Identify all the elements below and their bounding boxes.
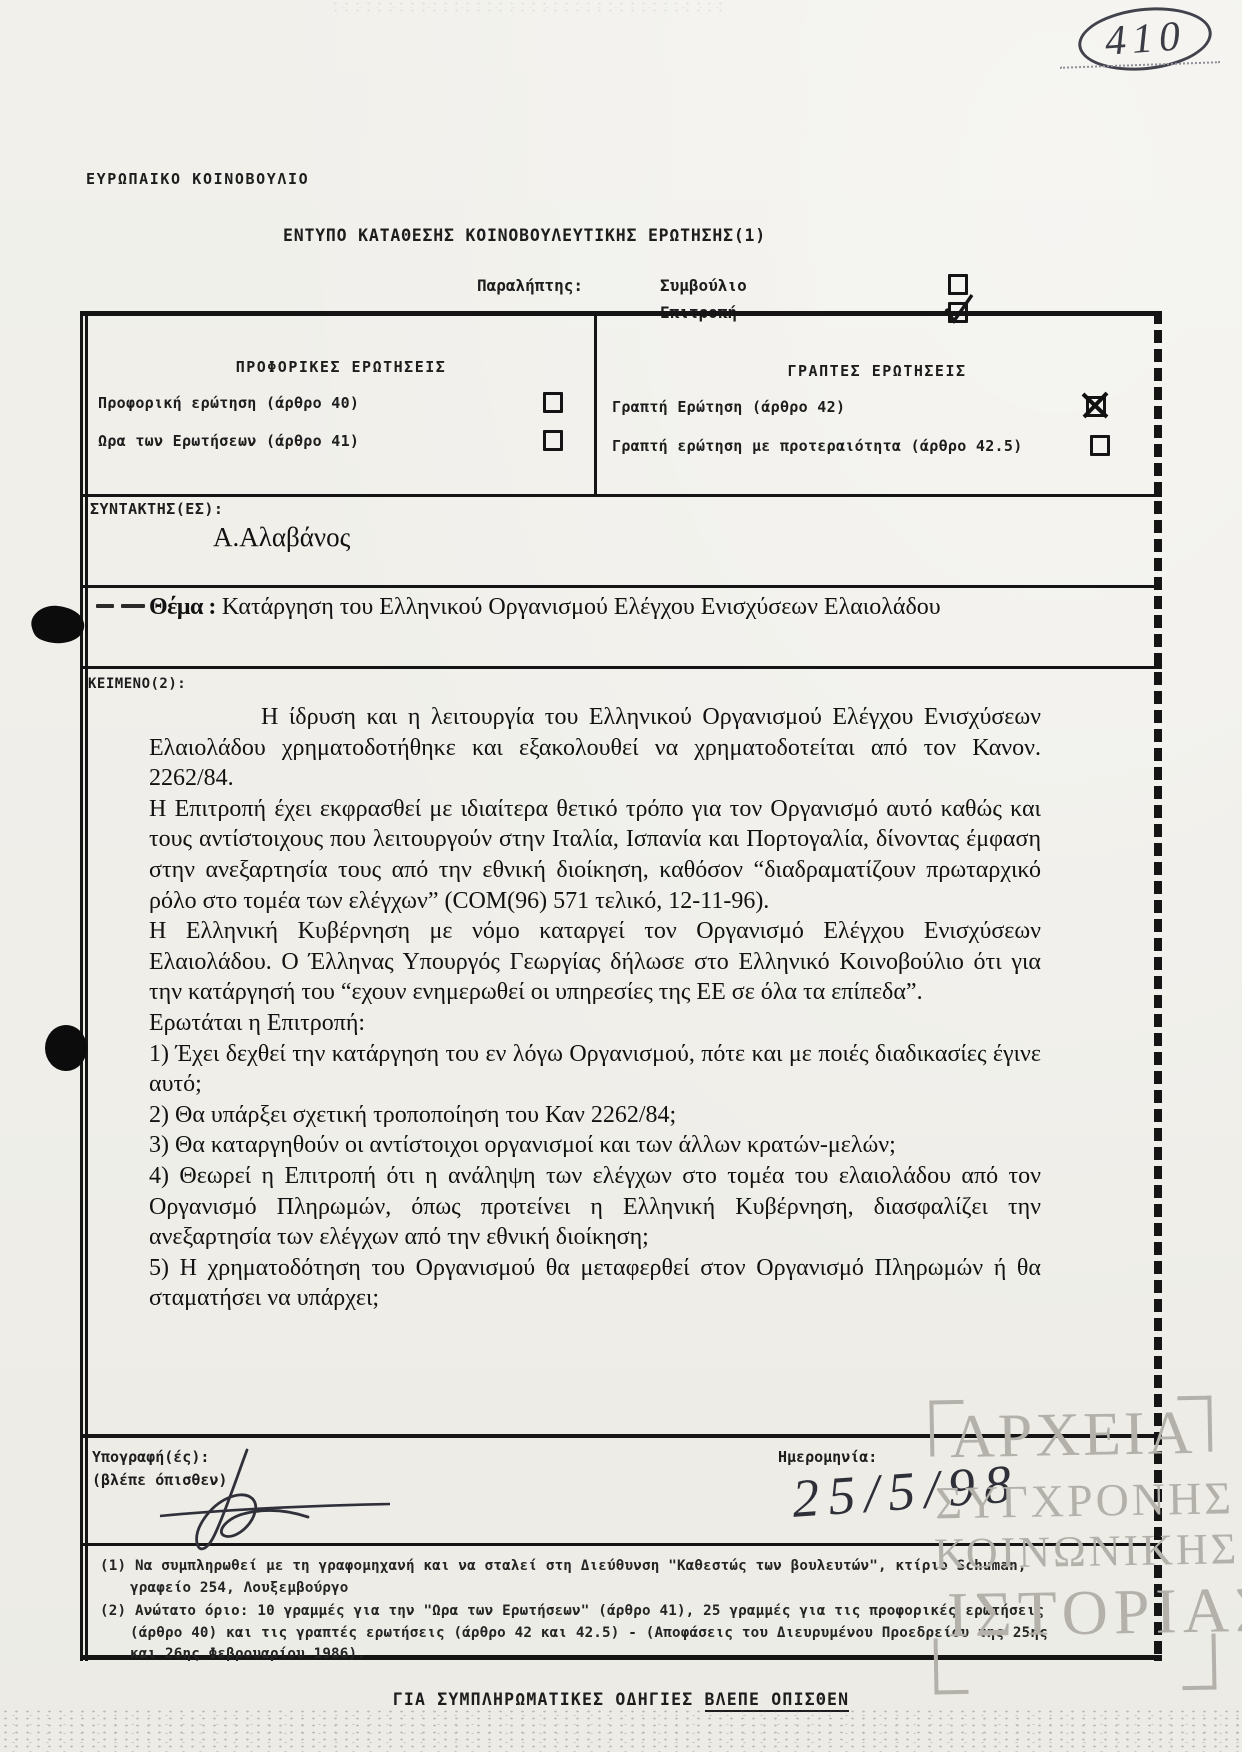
footnote-2: (2) Ανώτατο όριο: 10 γραμμές για την "Ωρ… [100, 1601, 1058, 1666]
subject-text: Κατάργηση του Ελληνικού Οργανισμού Ελέγχ… [222, 594, 941, 620]
scanned-page: 410 ΕΥΡΩΠΑΙΚΟ ΚΟΙΝΟΒΟΥΛΙΟ ΕΝΤΥΠΟ ΚΑΤΑΘΕΣ… [0, 0, 1242, 1752]
question-body: Η ίδρυση και η λειτουργία του Ελληνικού … [149, 702, 1041, 1314]
body-paragraph: Η Επιτροπή έχει εκφρασθεί με ιδιαίτερα θ… [149, 794, 1041, 916]
x-mark-icon [1080, 390, 1110, 420]
signature-handwriting [152, 1444, 422, 1556]
author-label: ΣΥΝΤΑΚΤΗΣ(ΕΣ): [90, 500, 223, 518]
form-title: ΕΝΤΥΠΟ ΚΑΤΑΘΕΣΗΣ ΚΟΙΝΟΒΟΥΛΕΥΤΙΚΗΣ ΕΡΩΤΗΣ… [283, 226, 766, 245]
ink-blob [42, 1022, 90, 1074]
scan-smudge [121, 604, 145, 608]
body-label: ΚΕΙΜΕΝΟ(2): [88, 676, 186, 692]
table-bottom-divider [80, 494, 1162, 497]
oral-questions-header: ΠΡΟΦΟΡΙΚΕΣ ΕΡΩΤΗΣΕΙΣ [88, 358, 594, 376]
stamp-line: ΑΡΧΕΙΑ [949, 1398, 1196, 1473]
org-title: ΕΥΡΩΠΑΙΚΟ ΚΟΙΝΟΒΟΥΛΙΟ [86, 170, 309, 188]
author-name: Α.Αλαβάνος [213, 522, 350, 553]
stamp-bracket [1182, 1634, 1217, 1691]
question-time-row-label: Ωρα των Ερωτήσεων (άρθρο 41) [98, 432, 359, 450]
question-time-checkbox[interactable] [543, 430, 563, 451]
oral-question-row-label: Προφορική ερώτηση (άρθρο 40) [98, 394, 359, 412]
subject-bottom-divider [80, 666, 1162, 669]
check-mark-icon [942, 293, 976, 325]
body-paragraph: 2) Θα υπάρξει σχετική τροποποίηση του Κα… [149, 1100, 1041, 1131]
priority-question-checkbox[interactable] [1090, 435, 1110, 456]
recipient-option-council: Συμβούλιο [660, 276, 747, 295]
body-paragraph: 1) Έχει δεχθεί την κατάργηση του εν λόγω… [149, 1039, 1041, 1100]
council-checkbox[interactable] [948, 274, 968, 295]
stamp-line: ΣΥΓΧΡΟΝΗΣ [935, 1471, 1235, 1529]
stamp-bracket [934, 1638, 969, 1695]
body-paragraph: Η ίδρυση και η λειτουργία του Ελληνικού … [149, 702, 1041, 794]
page-number: 410 [1103, 12, 1187, 66]
oral-question-checkbox[interactable] [543, 392, 563, 413]
stamp-line: ΚΟΙΝΩΝΙΚΗΣ [934, 1523, 1240, 1579]
body-paragraph: 4) Θεωρεί η Επιτροπή ότι η ανάληψη των ε… [149, 1161, 1041, 1253]
author-bottom-divider [80, 585, 1162, 588]
written-question-row-label: Γραπτή Ερώτηση (άρθρο 42) [612, 398, 845, 416]
subject-label: Θέμα : [149, 594, 216, 620]
body-paragraph: Η Ελληνική Κυβέρνηση με νόμο καταργεί το… [149, 916, 1041, 1008]
table-column-divider [594, 311, 597, 497]
footnote-1: (1) Να συμπληρωθεί με τη γραφομηχανή και… [100, 1556, 1058, 1599]
priority-question-row-label: Γραπτή ερώτηση με προτεραιότητα (άρθρο 4… [612, 437, 1023, 455]
form-box-left-border [80, 311, 88, 1661]
footnotes-block: (1) Να συμπληρωθεί με τη γραφομηχανή και… [100, 1556, 1058, 1666]
ink-blob [26, 598, 88, 648]
subject-line: Θέμα : Κατάργηση του Ελληνικού Οργανισμο… [149, 594, 1029, 621]
scan-smudge [96, 604, 114, 608]
footer-instruction-prefix: ΓΙΑ ΣΥΜΠΛΗΡΩΜΑΤΙΚΕΣ ΟΔΗΓΙΕΣ [393, 1690, 705, 1709]
scan-noise [330, 0, 730, 14]
scan-noise [0, 1708, 1242, 1752]
archive-stamp: ΑΡΧΕΙΑ ΣΥΓΧΡΟΝΗΣ ΚΟΙΝΩΝΙΚΗΣ ΙΣΤΟΡΙΑΣ [927, 1395, 1222, 1700]
body-paragraph: 3) Θα καταργηθούν οι αντίστοιχοι οργανισ… [149, 1130, 1041, 1161]
body-paragraph: 5) Η χρηματοδότηση του Οργανισμού θα μετ… [149, 1253, 1041, 1314]
body-paragraph: Ερωτάται η Επιτροπή: [149, 1008, 1041, 1039]
form-box-top-border [80, 311, 1162, 316]
recipient-label: Παραλήπτης: [477, 276, 583, 295]
written-questions-header: ΓΡΑΠΤΕΣ ΕΡΩΤΗΣΕΙΣ [597, 362, 1157, 380]
